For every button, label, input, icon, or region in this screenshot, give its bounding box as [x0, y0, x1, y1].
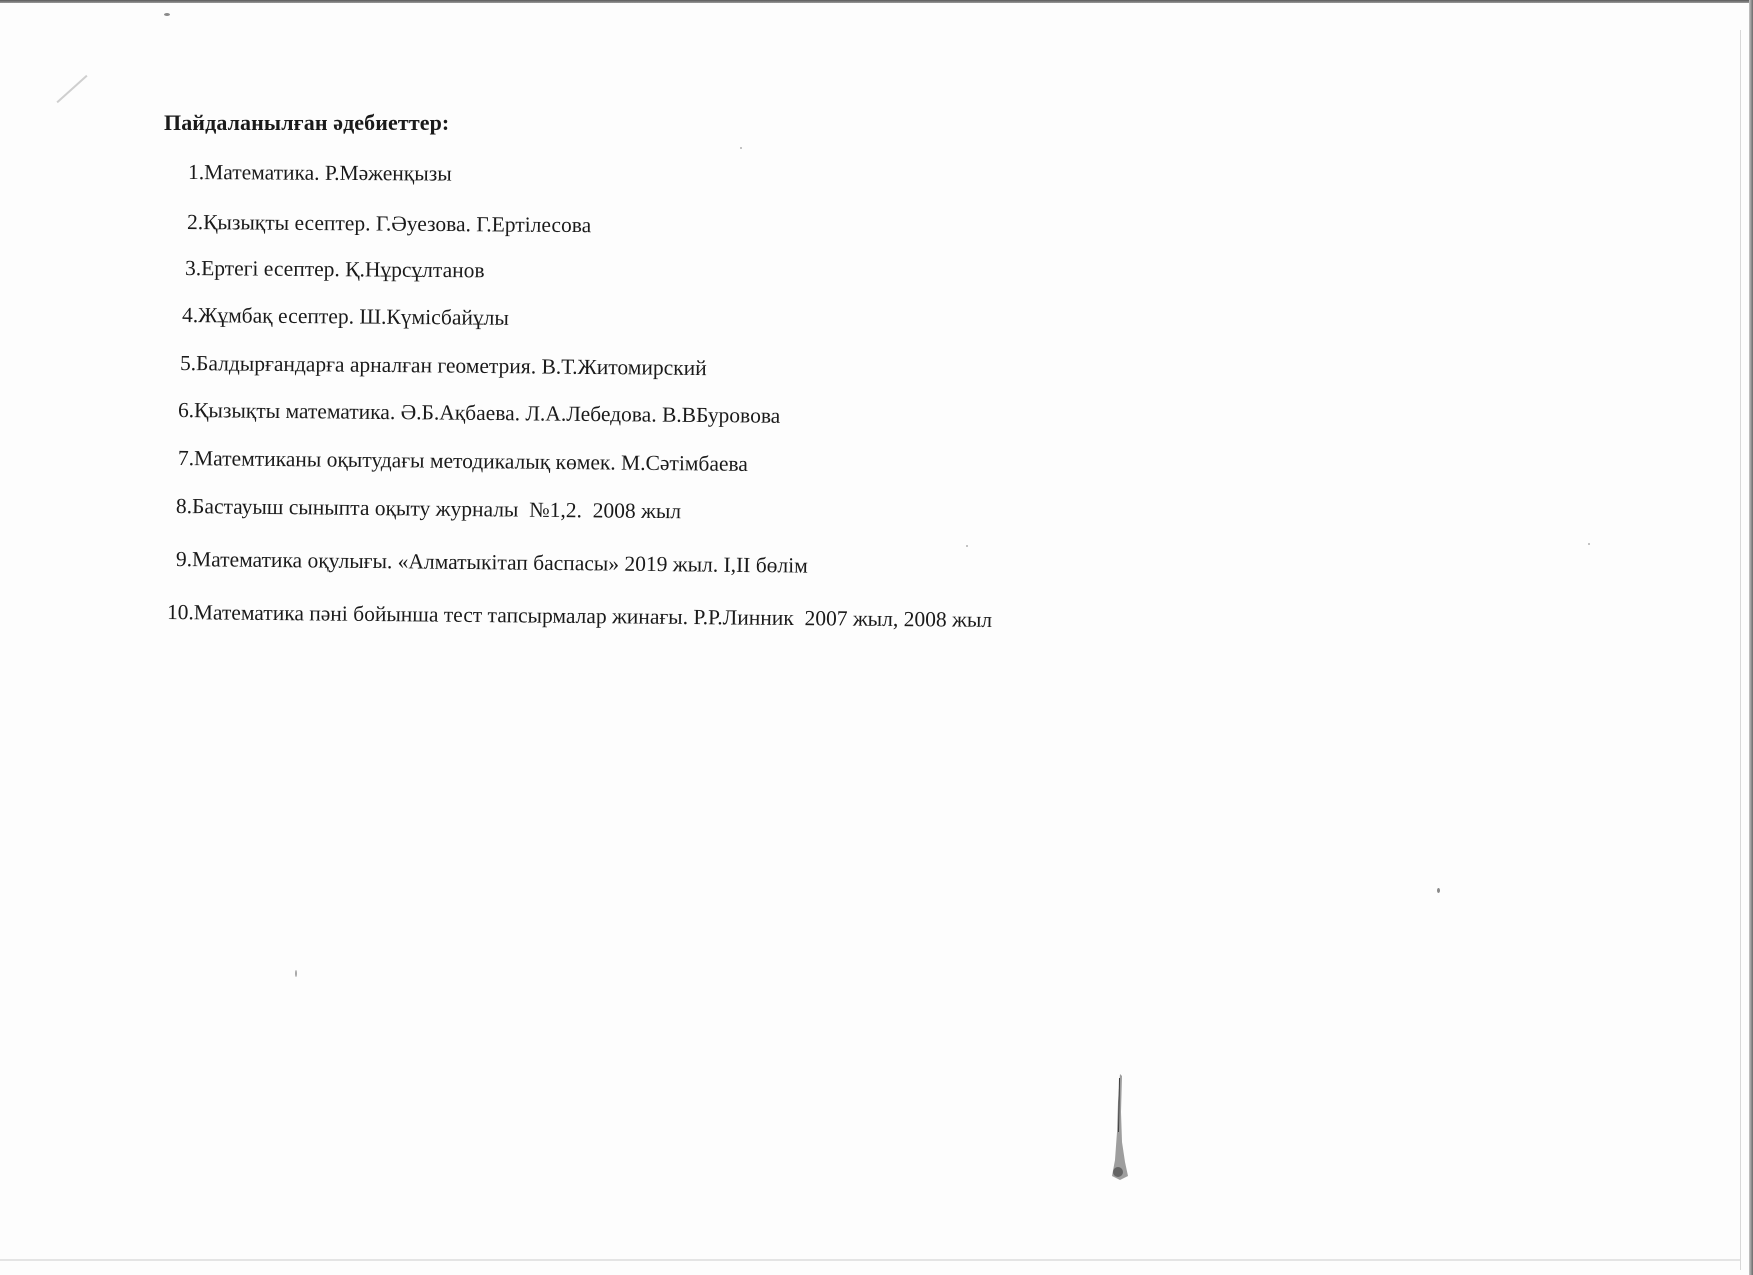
scan-smudge	[56, 75, 87, 103]
scan-speck	[295, 970, 297, 977]
reference-item: 7.Матемтиканы оқытудағы методикалық көме…	[178, 446, 748, 477]
scan-speck	[164, 13, 170, 16]
scan-edge-right	[1749, 0, 1753, 1275]
scan-speck	[966, 545, 968, 547]
reference-item: 5.Балдырғандарға арналған геометрия. В.Т…	[180, 351, 707, 381]
references-heading: Пайдаланылған әдебиеттер:	[164, 110, 449, 136]
scan-speck	[1588, 543, 1590, 545]
reference-item: 8.Бастауыш сыныпта оқыту журналы №1,2. 2…	[176, 494, 681, 524]
reference-item: 2.Қызықты есептер. Г.Əуезова. Г.Ертілесо…	[187, 210, 591, 238]
reference-item: 10.Математика пəні бойынша тест тапсырма…	[167, 600, 992, 633]
scan-speck	[1437, 888, 1440, 893]
reference-item: 9.Математика оқулығы. «Алматыкітап баспа…	[176, 547, 808, 579]
scan-edge-bottom	[0, 1259, 1740, 1261]
scan-edge-top	[0, 0, 1753, 3]
reference-item: 3.Ертегі есептер. Қ.Нұрсұлтанов	[185, 256, 485, 283]
ink-mark	[1108, 1072, 1130, 1182]
scan-edge-line	[1740, 30, 1741, 1270]
reference-item: 6.Қызықты математика. Ə.Б.Ақбаева. Л.А.Л…	[178, 398, 781, 429]
reference-item: 1.Математика. Р.Мəженқызы	[188, 160, 452, 187]
reference-item: 4.Жұмбақ есептер. Ш.Күмісбайұлы	[182, 303, 509, 331]
scan-speck	[740, 147, 742, 149]
